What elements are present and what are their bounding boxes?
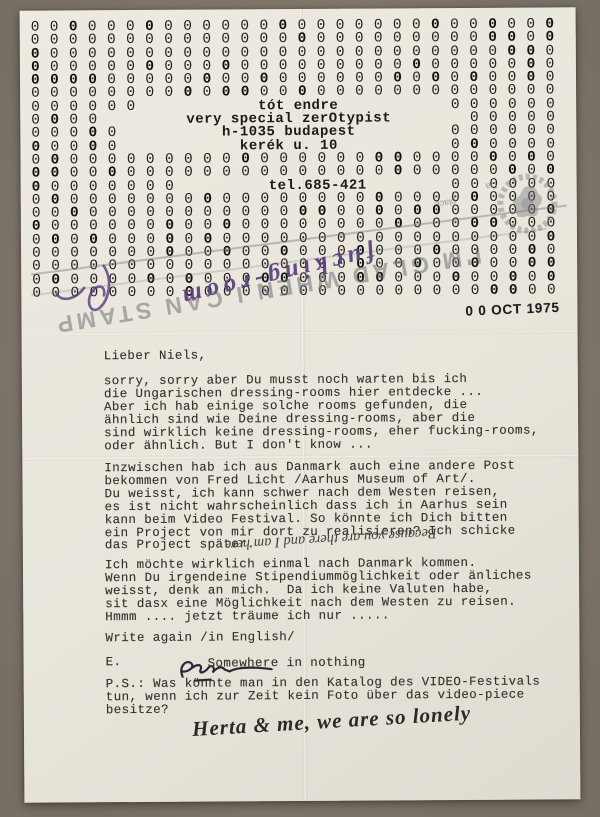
signature-initial: E. [106,656,122,669]
paragraph-dressing-rooms: sorry, sorry aber Du musst noch warten b… [104,373,539,453]
salutation: Lieber Niels, [104,350,207,364]
signature-note: Somewhere in nothing [208,657,366,671]
letter-paper: 0000000000000000000000000000000000000000… [20,7,581,802]
paragraph-stipendium: Ich möchte wirklich einmal nach Danmark … [105,557,532,624]
signature-line: E. Somewhere in nothing [105,646,435,674]
date-stamp: 0 0 OCT 1975 [465,300,560,319]
